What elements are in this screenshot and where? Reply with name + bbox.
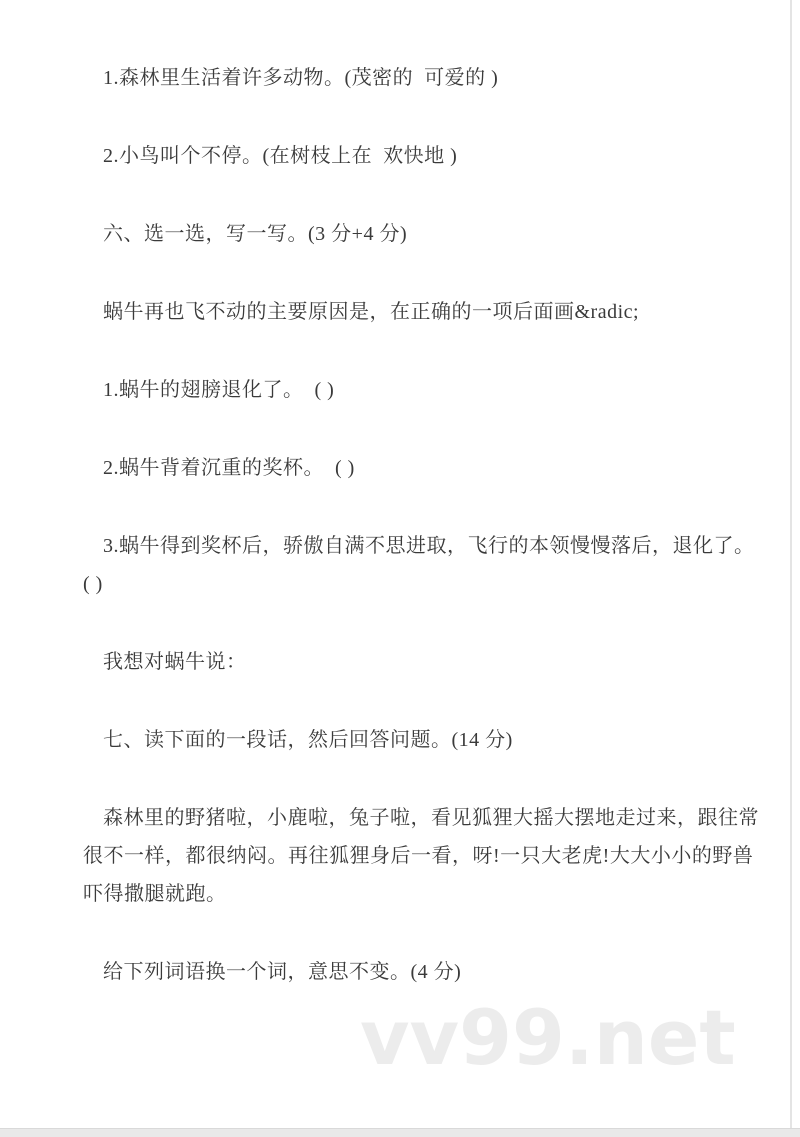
paragraph: 蜗牛再也飞不动的主要原因是，在正确的一项后面画&radic; (83, 293, 745, 331)
paragraph: 1.蜗牛的翅膀退化了。 ( ) (83, 371, 745, 409)
paragraph: 2.蜗牛背着沉重的奖杯。 ( ) (83, 449, 745, 487)
text-line: ( ) (83, 565, 745, 603)
text-line: 蜗牛再也飞不动的主要原因是，在正确的一项后面画&radic; (83, 293, 745, 331)
text-line: 我想对蜗牛说： (83, 643, 745, 681)
paragraph: 六、选一选，写一写。(3 分+4 分) (83, 215, 745, 253)
text-line: 1.森林里生活着许多动物。(茂密的 可爱的 ) (83, 59, 745, 97)
text-line: 3.蜗牛得到奖杯后，骄傲自满不思进取，飞行的本领慢慢落后，退化了。 (83, 527, 745, 565)
paragraph: 七、读下面的一段话，然后回答问题。(14 分) (83, 721, 745, 759)
text-line: 1.蜗牛的翅膀退化了。 ( ) (83, 371, 745, 409)
page-bottom-edge (0, 1128, 800, 1137)
text-line: 七、读下面的一段话，然后回答问题。(14 分) (83, 721, 745, 759)
text-line: 2.小鸟叫个不停。(在树枝上在 欢快地 ) (83, 137, 745, 175)
document-page: vv99.net 1.森林里生活着许多动物。(茂密的 可爱的 )2.小鸟叫个不停… (0, 0, 800, 1137)
text-line: 森林里的野猪啦，小鹿啦，兔子啦，看见狐狸大摇大摆地走过来，跟往常 (83, 799, 745, 837)
paragraph: 2.小鸟叫个不停。(在树枝上在 欢快地 ) (83, 137, 745, 175)
text-line: 2.蜗牛背着沉重的奖杯。 ( ) (83, 449, 745, 487)
text-line: 六、选一选，写一写。(3 分+4 分) (83, 215, 745, 253)
paragraph: 3.蜗牛得到奖杯后，骄傲自满不思进取，飞行的本领慢慢落后，退化了。( ) (83, 527, 745, 603)
paragraph: 给下列词语换一个词，意思不变。(4 分) (83, 953, 745, 991)
document-content: 1.森林里生活着许多动物。(茂密的 可爱的 )2.小鸟叫个不停。(在树枝上在 欢… (83, 59, 745, 1031)
text-line: 吓得撒腿就跑。 (83, 875, 745, 913)
text-line: 给下列词语换一个词，意思不变。(4 分) (83, 953, 745, 991)
page-right-border (790, 0, 792, 1129)
paragraph: 1.森林里生活着许多动物。(茂密的 可爱的 ) (83, 59, 745, 97)
paragraph: 我想对蜗牛说： (83, 643, 745, 681)
paragraph: 森林里的野猪啦，小鹿啦，兔子啦，看见狐狸大摇大摆地走过来，跟往常很不一样，都很纳… (83, 799, 745, 913)
text-line: 很不一样，都很纳闷。再往狐狸身后一看，呀!一只大老虎!大大小小的野兽 (83, 837, 745, 875)
